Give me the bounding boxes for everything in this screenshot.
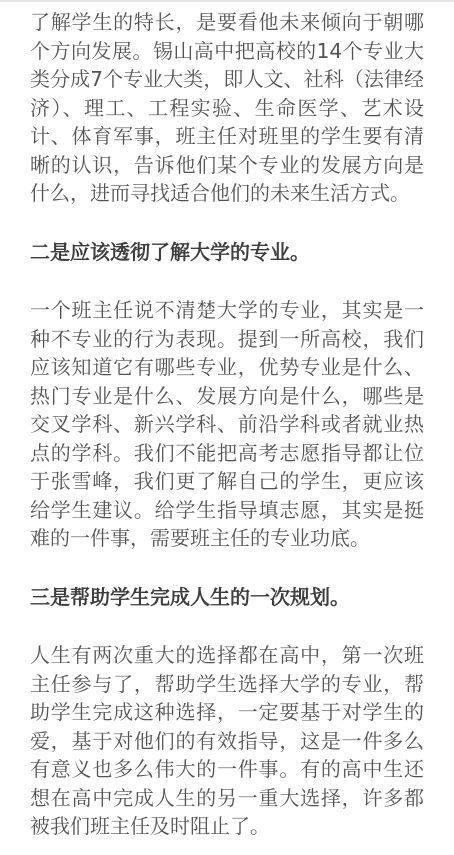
article-body: 了解学生的特长，是要看他未来倾向于朝哪个方向发展。锡山高中把高校的14个专业大类… <box>0 2 454 841</box>
section-heading-3: 三是帮助学生完成人生的一次规划。 <box>30 583 424 612</box>
section-heading-2: 二是应该透彻了解大学的专业。 <box>30 238 424 267</box>
paragraph-1: 了解学生的特长，是要看他未来倾向于朝哪个方向发展。锡山高中把高校的14个专业大类… <box>30 8 424 208</box>
paragraph-2: 一个班主任说不清楚大学的专业，其实是一种不专业的行为表现。提到一所高校，我们应该… <box>30 296 424 553</box>
paragraph-3: 人生有两次重大的选择都在高中，第一次班主任参与了，帮助学生选择大学的专业，帮助学… <box>30 641 424 841</box>
